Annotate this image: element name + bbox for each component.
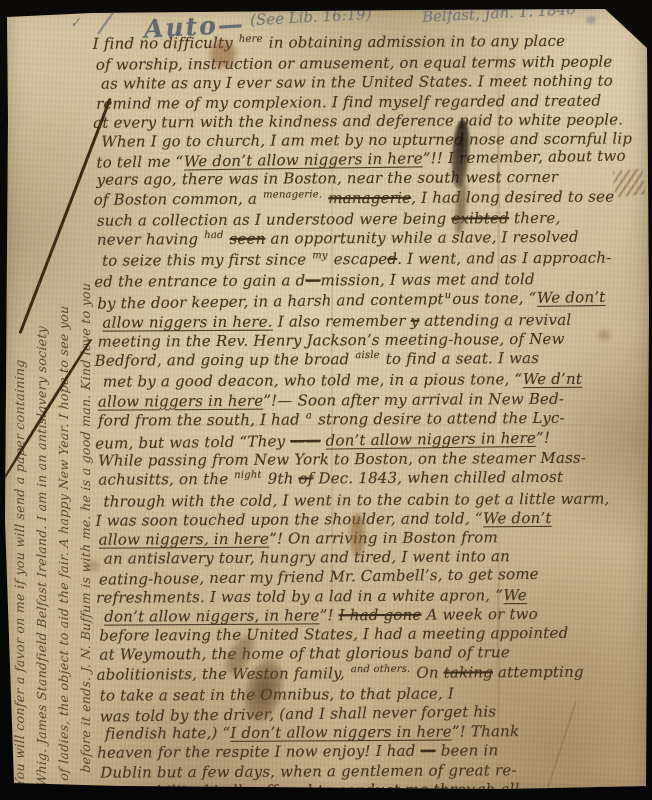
text-segment: through with the cold, I went in to the … (103, 489, 609, 510)
struck-word: — (305, 272, 320, 290)
inserted-word: aisle (355, 350, 379, 361)
text-segment: I find no difficulty (93, 34, 238, 53)
text-segment: ”! On arriving in Boston from (269, 528, 498, 547)
underlined-phrase: I don’t allow niggers in here (230, 723, 452, 742)
inserted-word: had (204, 230, 223, 241)
letter-line: of Boston common, a menagerie. managerie… (94, 187, 649, 212)
text-segment: was told by the driver, (and I shall nev… (100, 702, 497, 725)
struck-word: of (298, 470, 313, 488)
margin-note-line: You will confer a favor on me if you wil… (12, 41, 27, 787)
pencil-check-mark: ✓ (69, 15, 82, 31)
struck-word: —— (290, 432, 321, 450)
text-segment: attending a revival (419, 311, 571, 330)
text-segment: , I had long desired to see (411, 187, 614, 206)
inserted-word: menagerie. (263, 189, 322, 200)
text-segment: attempting (493, 662, 584, 681)
manuscript-paper: ✓ / Auto— (See Lib. 16:19) Belfast, Jan.… (0, 0, 652, 800)
letter-line: to seize this my first since my escaped.… (102, 249, 649, 274)
text-segment: Dublin but a few days, when a gentlemen … (100, 761, 517, 782)
text-segment: escape (329, 250, 388, 268)
struck-word: taking (444, 663, 493, 681)
text-segment: an opportunity while a slave, I resolved (265, 228, 578, 248)
inserted-word: u (445, 290, 452, 301)
text-segment: fiendish hate,) “ (105, 724, 230, 743)
inserted-word: a (306, 410, 312, 421)
underlined-phrase: allow niggers, in here (99, 530, 269, 549)
underlined-phrase: We don’t (537, 288, 606, 307)
margin-note-line: before it ends. J. N. Buffum is with me.… (78, 52, 93, 773)
struck-word: seen (230, 230, 266, 248)
text-segment: . I went, and as I approach- (397, 249, 611, 268)
text-segment: to take a seat in the Omnibus, to that p… (100, 684, 454, 704)
struck-word: y (411, 312, 420, 330)
text-segment: You will confer a favor on me if you wil… (12, 359, 27, 788)
letter-line: met by a good deacon, who told me, in a … (103, 370, 650, 393)
text-segment: ”! (536, 429, 550, 447)
text-segment: to tell me “ (96, 153, 184, 172)
text-segment: ed the entrance to gain a d (94, 272, 305, 291)
text-segment: meeting in the Rev. Henry Jackson’s meet… (97, 330, 564, 351)
text-segment: ”! (320, 606, 339, 624)
inserted-word: night (234, 470, 262, 481)
pencil-smudge-mark (586, 16, 596, 24)
letter-line: through with the cold, I went in to the … (103, 489, 650, 512)
text-segment: at Weymouth, the home of that glorious b… (99, 643, 510, 664)
underlined-phrase: don’t allow niggers in here (325, 429, 536, 450)
struck-word: managerie (328, 188, 411, 207)
text-segment: I was soon touched upon the shoulder, an… (96, 509, 484, 529)
inserted-word: here (239, 34, 263, 45)
text-segment: of Boston common, a (94, 189, 263, 208)
text-segment: ous tone, “ (452, 289, 537, 308)
text-segment: ”!— Soon after my arrival in New Bed- (263, 389, 564, 409)
text-segment: in obtaining admission in to any place (264, 32, 566, 52)
text-segment: 9th (263, 470, 299, 488)
text-segment: Bedford, and going up the broad (95, 350, 355, 370)
text-segment: such a collection as I understood were b… (97, 209, 452, 229)
struck-word: I had gone (339, 606, 422, 625)
text-segment: achusitts, on the (98, 470, 233, 489)
text-segment: as white as any I ever saw in the United… (101, 72, 613, 93)
inserted-word: and others. (351, 663, 411, 674)
text-segment: by the door keeper, in a harsh and conte… (97, 290, 444, 313)
text-segment: ”!! I remember, about two (423, 147, 626, 168)
text-segment: before leaving the United States, I had … (99, 624, 568, 645)
text-segment: I also remember (273, 312, 411, 331)
underlined-phrase: We don’t allow niggers in here (184, 150, 423, 171)
text-segment: ford from the south, I had (98, 410, 305, 429)
text-segment: an antislavery tour, hungry and tired, I… (104, 547, 510, 567)
text-segment: before it ends. J. N. Buffum is with me.… (78, 282, 93, 773)
text-segment: strong desire to attend the Lyc- (313, 409, 565, 429)
underlined-phrase: We don’t (483, 509, 552, 527)
struck-word: exibted (451, 209, 509, 227)
manuscript-scan: { "colors":{"paper":"#cfbc96","ink":"#41… (0, 0, 652, 800)
margin-note-line: Whig. James Standfield Belfast Ireland. … (34, 41, 49, 787)
letter-body: I find no difficulty here in obtaining a… (96, 31, 652, 800)
margin-note-line: of ladies, the object to aid the fair. A… (56, 45, 71, 781)
text-segment: there, (509, 209, 561, 227)
text-segment: Dec. 1843, when chilled almost (313, 468, 563, 488)
text-segment: of worship, instruction or amusement, on… (96, 53, 613, 74)
text-segment: been in (436, 742, 499, 760)
text-segment: eum, but was told “They (95, 432, 290, 453)
underlined-phrase: allow niggers in here (98, 391, 263, 410)
underlined-phrase: We (503, 586, 527, 604)
underlined-phrase: don’t allow niggers, in here (104, 606, 319, 625)
struck-word: — (420, 742, 435, 760)
text-segment: of ladies, the object to aid the fair. A… (56, 305, 71, 781)
text-segment: ”! Thank (452, 722, 520, 740)
struck-word: d (387, 250, 397, 268)
text-segment: remind me of my complexion. I find mysel… (96, 91, 601, 112)
text-segment: On (411, 663, 443, 681)
text-segment: heaven for the respite I now enjoy! I ha… (97, 742, 421, 762)
text-segment: mission, I was met and told (321, 270, 535, 289)
underlined-phrase: We d’nt (523, 370, 582, 388)
text-segment: met by a good deacon, who told me, in a … (103, 371, 523, 392)
text-segment: to seize this my first since (102, 251, 311, 270)
text-segment: at every turn with the kindness and defe… (93, 110, 623, 131)
text-segment: A week or two (421, 605, 538, 624)
text-segment: never having (97, 230, 203, 249)
text-segment: Whig. James Standfield Belfast Ireland. … (34, 325, 49, 787)
letter-line: abolitionists, the Weston family, and ot… (97, 662, 652, 687)
text-segment: to find a seat. I was (381, 349, 539, 368)
inserted-word: my (312, 251, 328, 262)
text-segment: abolitionists, the Weston family, (97, 664, 350, 684)
